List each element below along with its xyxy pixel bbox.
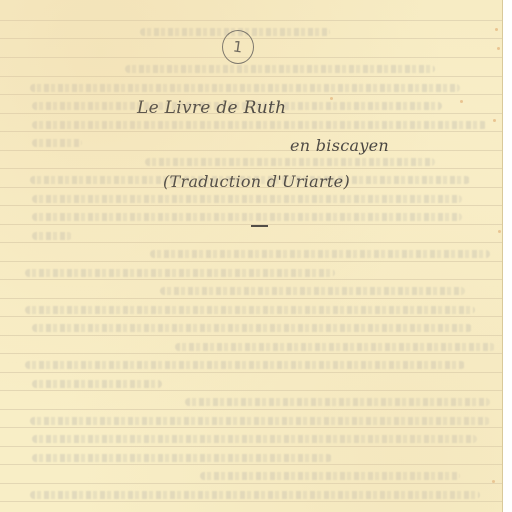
- title-text: Le Livre de Ruth: [137, 98, 286, 118]
- show-through-text: [32, 213, 462, 221]
- show-through-text: [25, 306, 475, 314]
- ruled-line: [0, 446, 502, 447]
- foxing-spot: [493, 119, 496, 122]
- ruled-line: [0, 131, 502, 132]
- show-through-text: [30, 84, 460, 92]
- page-number-circle: 1: [222, 30, 254, 64]
- show-through-text: [200, 472, 460, 480]
- ruled-line: [0, 353, 502, 354]
- manuscript-page: 1 Le Livre de Ruth en biscayen (Traducti…: [0, 0, 503, 512]
- separator-dash: [251, 225, 268, 227]
- show-through-text: [32, 121, 487, 129]
- ruled-line: [0, 20, 502, 21]
- show-through-text: [32, 380, 162, 388]
- show-through-text: [30, 417, 490, 425]
- show-through-text: [125, 65, 435, 73]
- show-through-text: [32, 139, 82, 147]
- ruled-line: [0, 94, 502, 95]
- foxing-spot: [498, 230, 501, 233]
- show-through-text: [175, 343, 495, 351]
- ruled-line: [0, 427, 502, 428]
- ruled-line: [0, 150, 502, 151]
- ruled-line: [0, 390, 502, 391]
- foxing-spot: [330, 97, 333, 100]
- show-through-text: [25, 269, 335, 277]
- ruled-line: [0, 501, 502, 502]
- show-through-text: [145, 158, 435, 166]
- translator-note: (Traduction d'Uriarte): [163, 172, 350, 191]
- ruled-line: [0, 57, 502, 58]
- ruled-line: [0, 205, 502, 206]
- show-through-text: [150, 250, 490, 258]
- show-through-text: [25, 361, 465, 369]
- ruled-line: [0, 409, 502, 410]
- ruled-line: [0, 76, 502, 77]
- ruled-line: [0, 168, 502, 169]
- foxing-spot: [492, 480, 495, 483]
- ruled-line: [0, 279, 502, 280]
- ruled-line: [0, 483, 502, 484]
- foxing-spot: [495, 28, 498, 31]
- show-through-text: [32, 324, 472, 332]
- subtitle-text: en biscayen: [290, 136, 389, 155]
- foxing-spot: [497, 47, 500, 50]
- ruled-line: [0, 261, 502, 262]
- page-number: 1: [232, 37, 244, 56]
- show-through-text: [185, 398, 490, 406]
- ruled-line: [0, 335, 502, 336]
- ruled-line: [0, 316, 502, 317]
- show-through-text: [32, 195, 462, 203]
- ruled-line: [0, 464, 502, 465]
- show-through-text: [32, 435, 477, 443]
- show-through-text: [32, 232, 72, 240]
- show-through-text: [160, 287, 465, 295]
- foxing-spot: [460, 100, 463, 103]
- ruled-line: [0, 298, 502, 299]
- ruled-line: [0, 242, 502, 243]
- ruled-line: [0, 372, 502, 373]
- show-through-text: [32, 454, 332, 462]
- show-through-text: [30, 491, 480, 499]
